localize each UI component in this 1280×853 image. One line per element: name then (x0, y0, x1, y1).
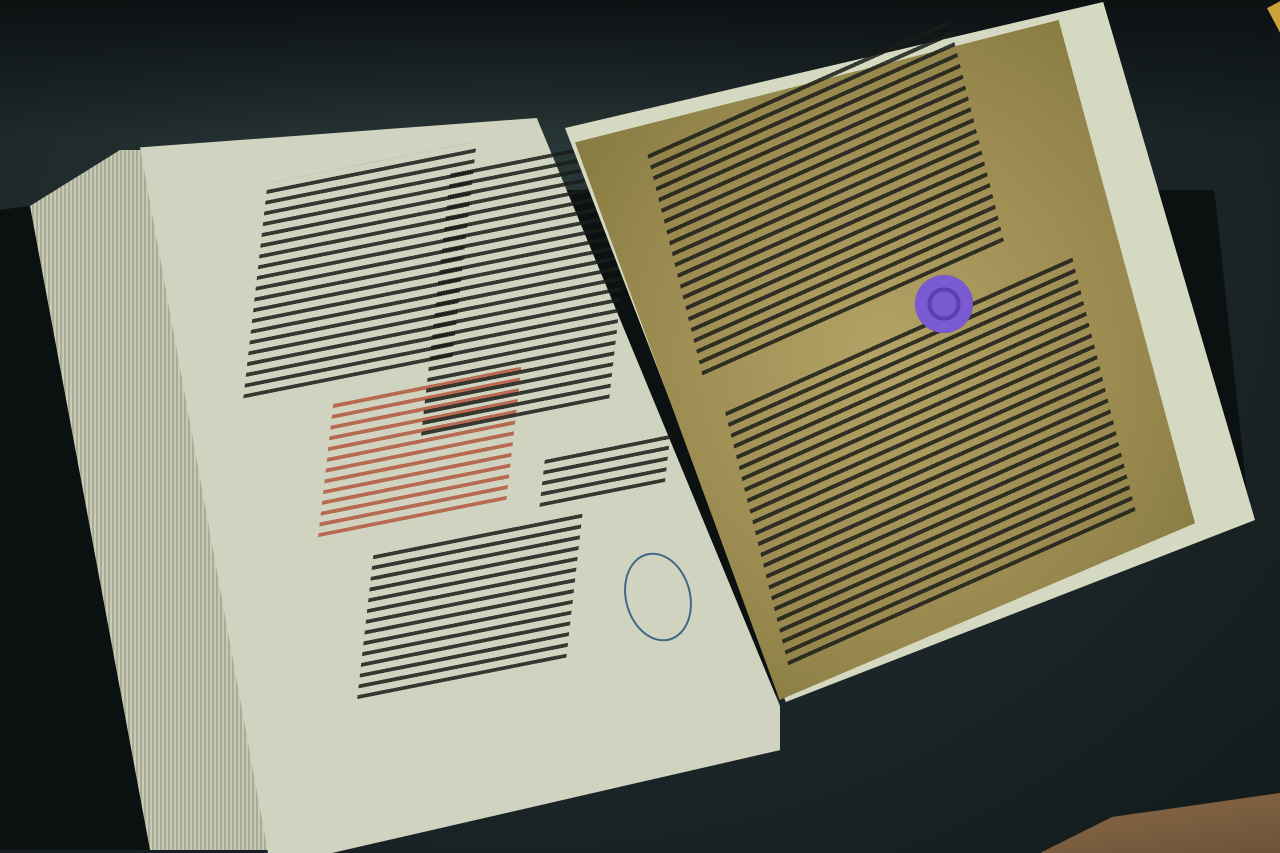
background (0, 0, 1280, 853)
purple-stamp (915, 275, 973, 333)
wooden-table (1040, 793, 1280, 853)
